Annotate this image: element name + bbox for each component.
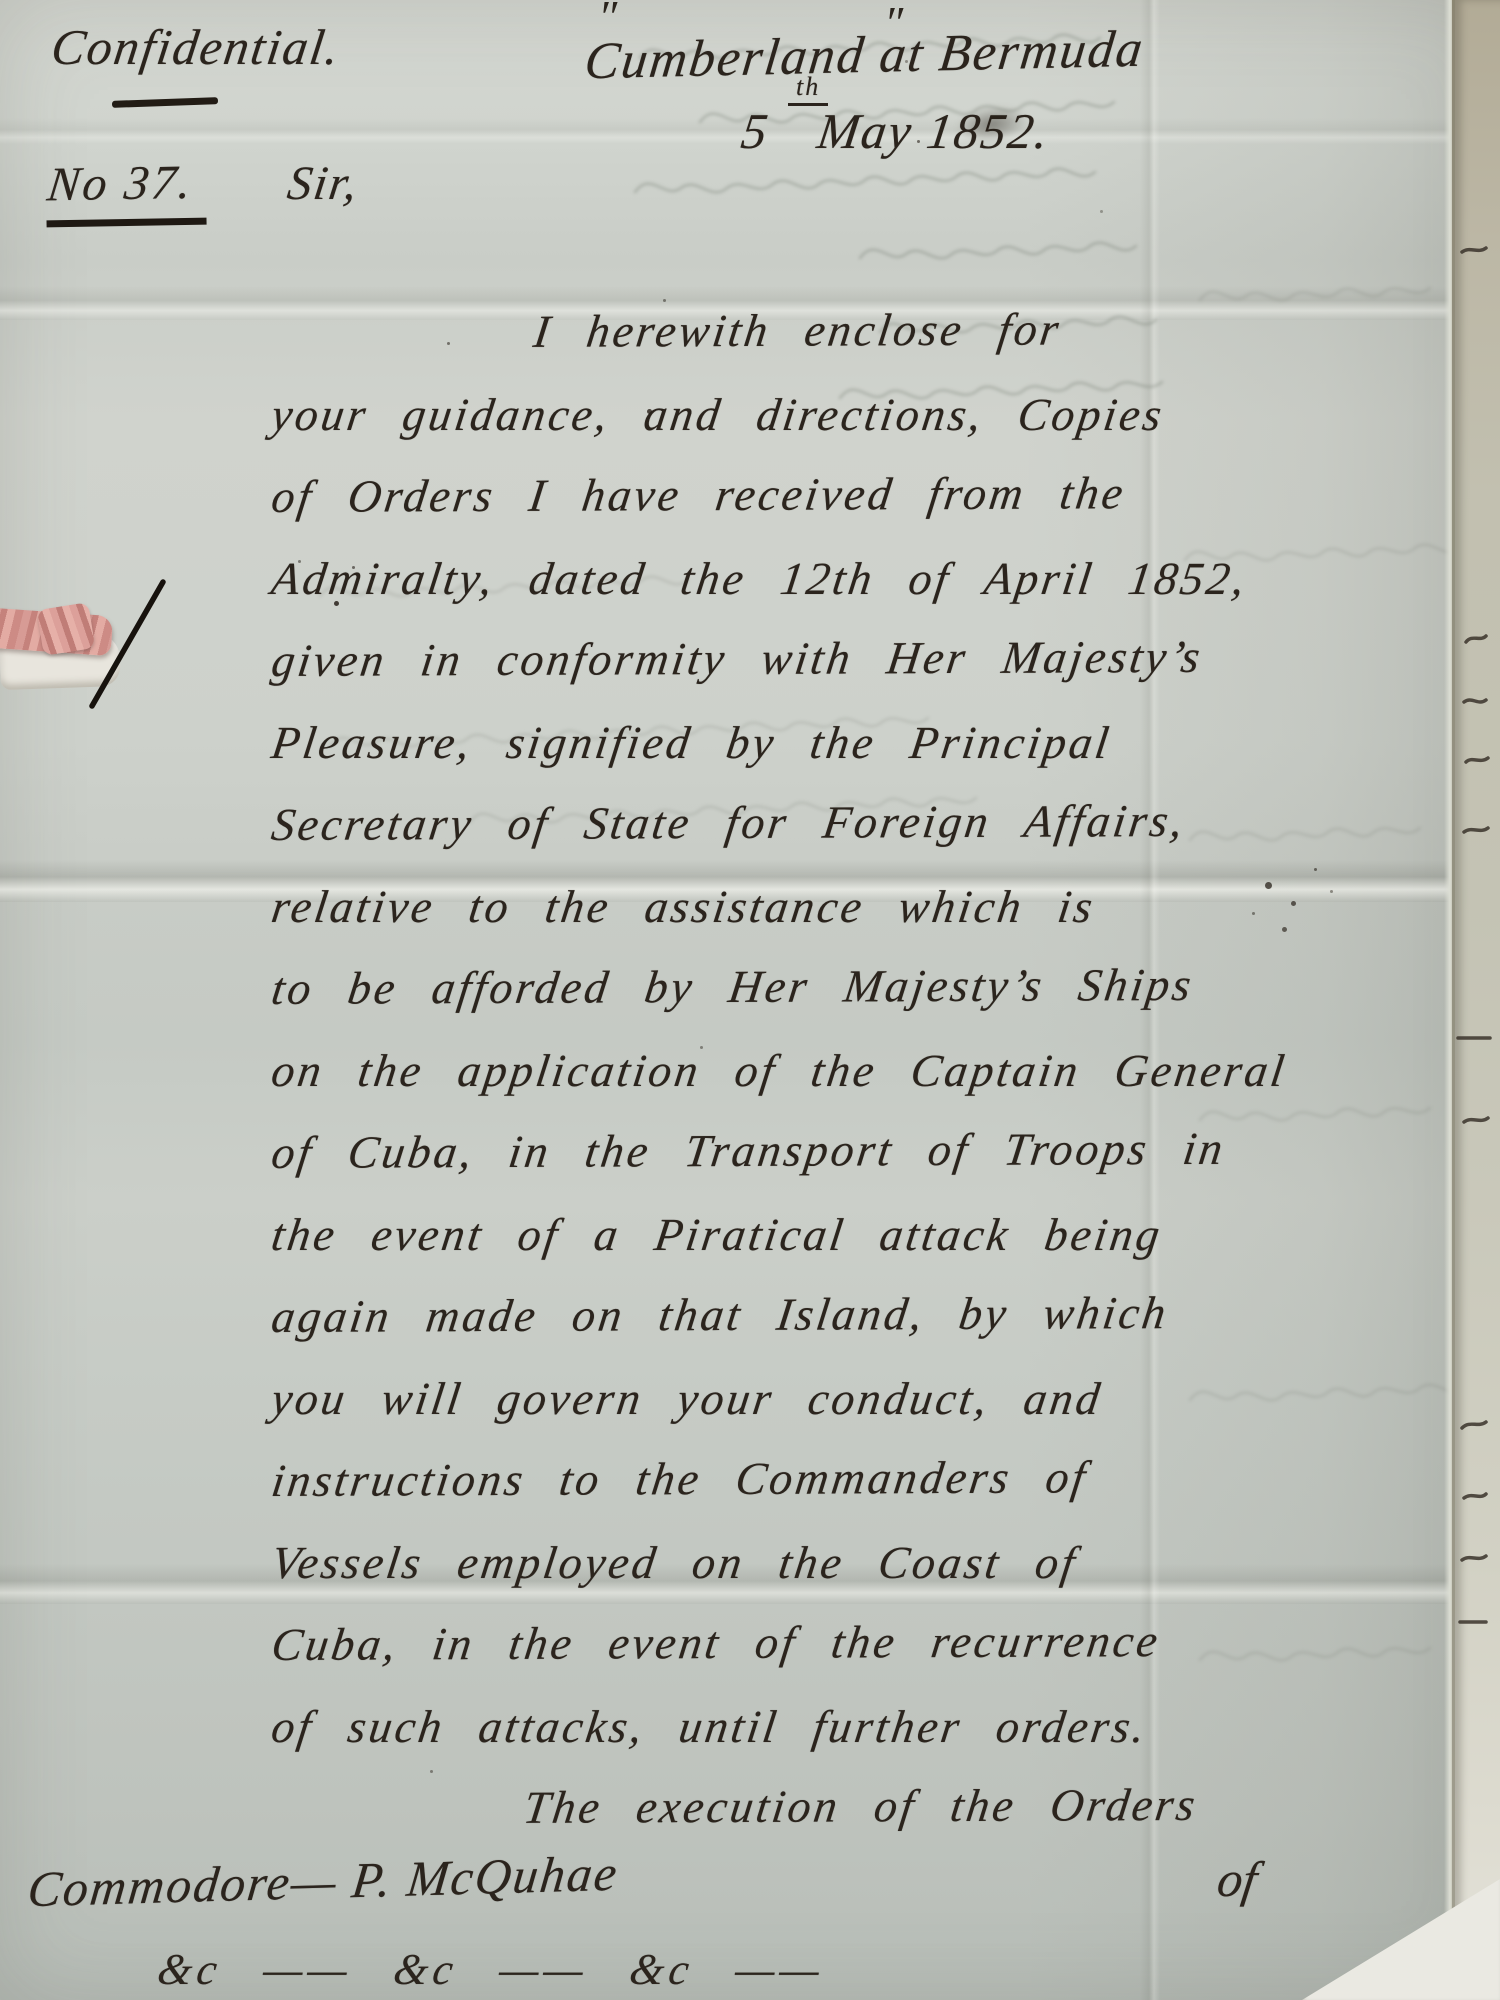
edge-ink-fragments xyxy=(1458,248,1490,1622)
ink-fragments-layer xyxy=(0,0,1500,2000)
letter-photo: Confidential. ″ ″ Cumberland at Bermuda … xyxy=(0,0,1500,2000)
pen-stroke xyxy=(92,582,163,706)
